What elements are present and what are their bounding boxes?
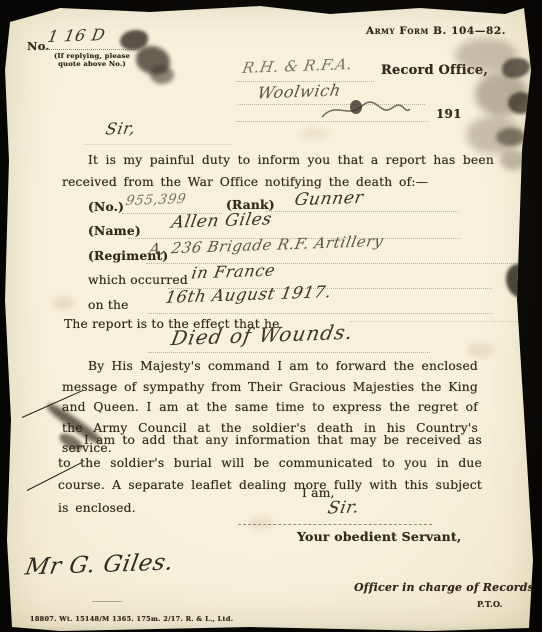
no-rule (45, 49, 138, 50)
paper-sheet: Army Form B. 104—82. No. 1 16 D (If repl… (0, 0, 542, 632)
foxing-spot (466, 342, 494, 358)
report-rule (350, 321, 536, 322)
salutation-rule (84, 144, 232, 145)
regiment-handwritten: A. 236 Brigade R.F. Artillery (150, 236, 383, 254)
pto-label: P.T.O. (477, 599, 503, 609)
foxing-spot (300, 128, 330, 140)
name-handwritten: Allen Giles (172, 211, 271, 231)
addressee-handwritten: Mr G. Giles. (26, 552, 173, 578)
paragraph-burial: I am to add that any information that ma… (58, 429, 482, 519)
foxing-spot (52, 296, 74, 310)
salutation-handwritten: Sir, (106, 119, 135, 138)
reference-number-handwritten: 1 16 D (48, 26, 105, 45)
field-no-label: (No.) (88, 199, 124, 214)
paragraph-duty: It is my painful duty to inform you that… (62, 149, 494, 193)
stain (496, 128, 526, 146)
form-reference: Army Form B. 104—82. (366, 25, 506, 37)
cause-of-death-handwritten: Died of Wounds. (172, 323, 353, 347)
date-of-death-handwritten: 16th August 1917. (166, 285, 331, 304)
stain (508, 92, 534, 114)
place-of-death-handwritten: in France (192, 262, 275, 281)
no-note: (If replying, please quote above No.) (36, 52, 148, 68)
stain (502, 58, 530, 78)
field-name-label: (Name) (88, 223, 141, 238)
rank-handwritten: Gunner (295, 189, 363, 209)
field-date-label: on the (88, 298, 129, 312)
ink-blot (150, 66, 174, 84)
printer-imprint: 18807. Wt. 15148/M 1365. 175m. 2/17. R. … (30, 615, 233, 623)
cause-rule (148, 352, 430, 353)
foxing-spot (248, 516, 274, 530)
service-number-handwritten: 955,399 (126, 192, 186, 208)
scanned-letter: Army Form B. 104—82. No. 1 16 D (If repl… (0, 0, 542, 632)
rank-field-rule (266, 211, 458, 212)
year-prefix: 191 (436, 107, 462, 121)
illegible-date-scribble (318, 97, 414, 123)
sir-handwritten: Sir. (328, 498, 359, 518)
date-rule (236, 121, 428, 122)
record-office-unit-handwritten: R.H. & R.F.A. (243, 57, 352, 75)
stain (506, 264, 534, 298)
obedient-servant-label: Your obedient Servant, (297, 529, 461, 544)
addressee-dash (92, 601, 122, 602)
stain (500, 150, 526, 170)
date-field-rule (148, 313, 492, 314)
officer-title: Officer in charge of Records. (354, 581, 538, 594)
